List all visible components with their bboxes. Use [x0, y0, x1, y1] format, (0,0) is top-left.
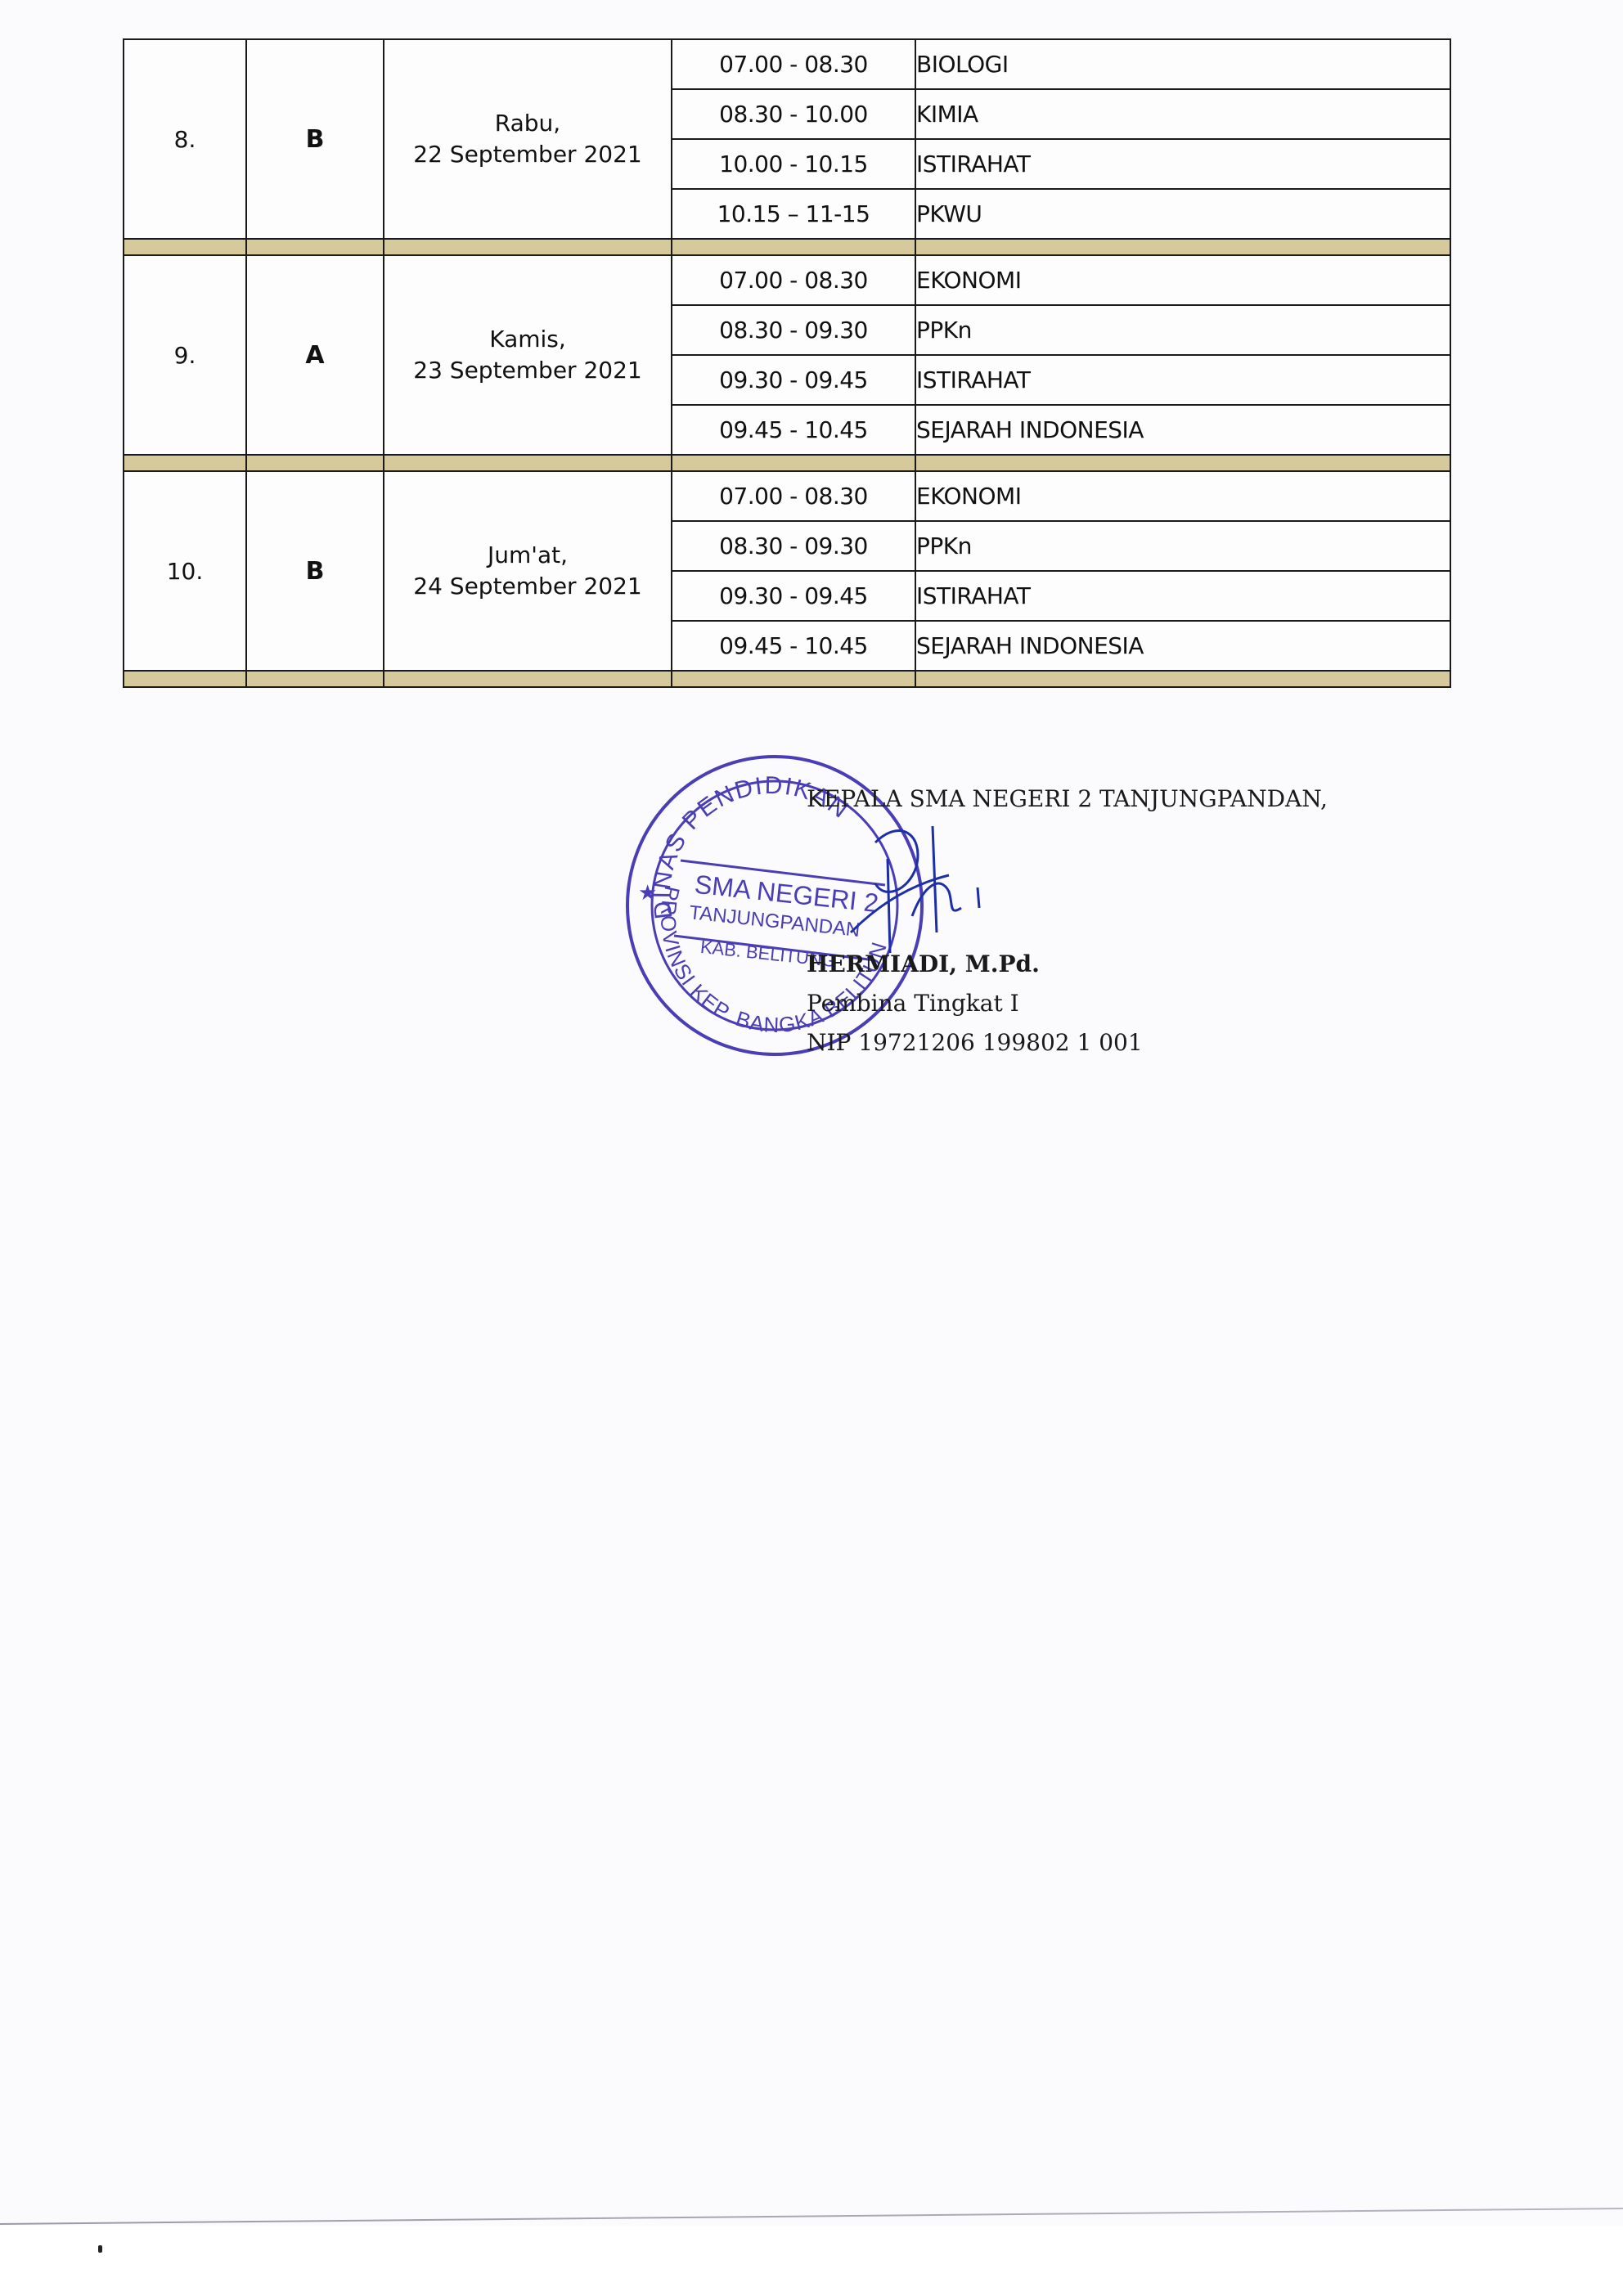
- separator-row: [124, 455, 1450, 471]
- time-slot: 07.00 - 08.30: [672, 471, 915, 521]
- scan-speck: [98, 2245, 102, 2253]
- subject: ISTIRAHAT: [915, 571, 1450, 621]
- subject: EKONOMI: [915, 471, 1450, 521]
- time-slot: 07.00 - 08.30: [672, 255, 915, 305]
- day-name: Rabu,: [384, 108, 671, 139]
- table-row: 8. B Rabu, 22 September 2021 07.00 - 08.…: [124, 39, 1450, 89]
- time-slot: 08.30 - 09.30: [672, 521, 915, 571]
- day-date-cell: Kamis, 23 September 2021: [384, 255, 672, 455]
- subject: ISTIRAHAT: [915, 139, 1450, 189]
- table-row: 10. B Jum'at, 24 September 2021 07.00 - …: [124, 471, 1450, 521]
- subject: BIOLOGI: [915, 39, 1450, 89]
- time-slot: 10.15 – 11-15: [672, 189, 915, 239]
- date: 22 September 2021: [384, 139, 671, 170]
- scan-background: [0, 2226, 1623, 2296]
- day-date-cell: Rabu, 22 September 2021: [384, 39, 672, 239]
- subject: KIMIA: [915, 89, 1450, 139]
- group-label: B: [246, 471, 384, 671]
- page-edge-line: [0, 2208, 1623, 2225]
- day-date-cell: Jum'at, 24 September 2021: [384, 471, 672, 671]
- signatory-rank: Pembina Tingkat I: [807, 990, 1019, 1017]
- subject: PPKn: [915, 305, 1450, 355]
- time-slot: 08.30 - 10.00: [672, 89, 915, 139]
- time-slot: 09.30 - 09.45: [672, 355, 915, 405]
- group-label: B: [246, 39, 384, 239]
- date: 23 September 2021: [384, 355, 671, 386]
- subject: SEJARAH INDONESIA: [915, 405, 1450, 455]
- separator-row: [124, 671, 1450, 687]
- signatory-name: HERMIADI, M.Pd.: [807, 950, 1040, 977]
- day-name: Kamis,: [384, 324, 671, 355]
- time-slot: 09.45 - 10.45: [672, 405, 915, 455]
- date: 24 September 2021: [384, 571, 671, 602]
- svg-text:★: ★: [638, 881, 657, 905]
- row-number: 10.: [124, 471, 246, 671]
- subject: PKWU: [915, 189, 1450, 239]
- subject: ISTIRAHAT: [915, 355, 1450, 405]
- separator-row: [124, 239, 1450, 255]
- subject: SEJARAH INDONESIA: [915, 621, 1450, 671]
- day-name: Jum'at,: [384, 540, 671, 571]
- subject: PPKn: [915, 521, 1450, 571]
- group-label: A: [246, 255, 384, 455]
- row-number: 8.: [124, 39, 246, 239]
- signatory-title: KEPALA SMA NEGERI 2 TANJUNGPANDAN,: [807, 785, 1328, 812]
- subject: EKONOMI: [915, 255, 1450, 305]
- time-slot: 08.30 - 09.30: [672, 305, 915, 355]
- time-slot: 07.00 - 08.30: [672, 39, 915, 89]
- signature-icon: [826, 810, 1014, 965]
- time-slot: 09.30 - 09.45: [672, 571, 915, 621]
- exam-schedule-table: 8. B Rabu, 22 September 2021 07.00 - 08.…: [123, 38, 1451, 688]
- signatory-nip: NIP 19721206 199802 1 001: [807, 1029, 1143, 1056]
- row-number: 9.: [124, 255, 246, 455]
- time-slot: 10.00 - 10.15: [672, 139, 915, 189]
- table-row: 9. A Kamis, 23 September 2021 07.00 - 08…: [124, 255, 1450, 305]
- time-slot: 09.45 - 10.45: [672, 621, 915, 671]
